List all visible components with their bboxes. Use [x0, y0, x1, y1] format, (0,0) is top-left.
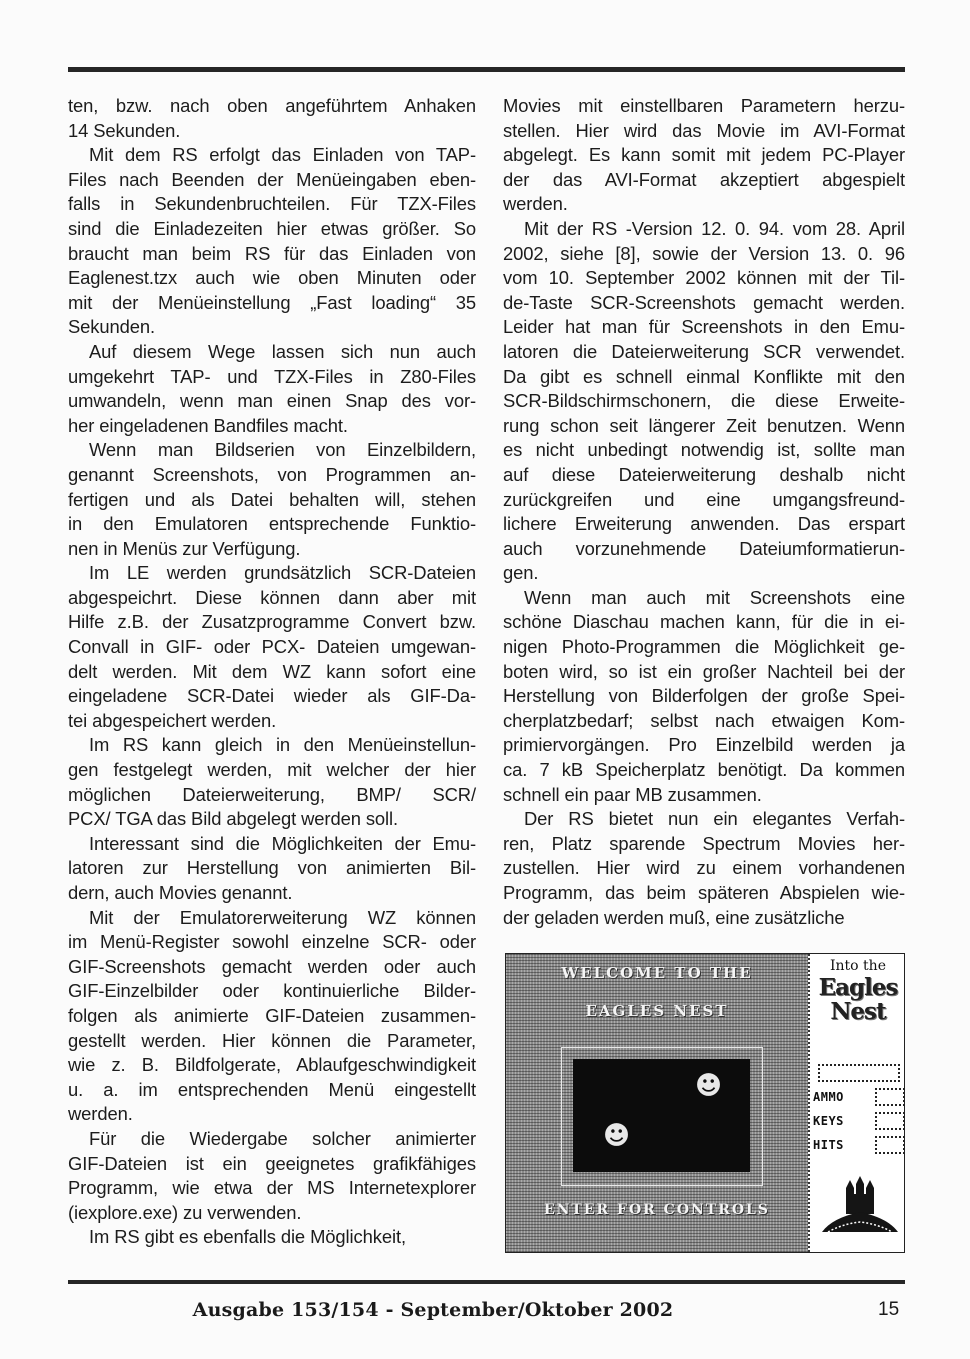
text-line: werden.: [68, 1102, 476, 1127]
top-rule: [68, 67, 905, 72]
paragraph: Wenn man auch mit Screenshots eineschöne…: [503, 586, 905, 807]
paragraph: Mit der RS -Version 12. 0. 94. vom 28. A…: [503, 217, 905, 586]
text-line: schöne Diaschau machen kann, für die in …: [503, 610, 905, 635]
text-line: der das AVI-Format akzeptiert abgespielt: [503, 168, 905, 193]
game-side-panel: Into the Eagles Nest AMMO KEYS HITS: [808, 954, 905, 1252]
side-logo-line2: Nest: [810, 1000, 905, 1024]
text-line: 14 Sekunden.: [68, 119, 476, 144]
side-message-box: [818, 1064, 900, 1082]
text-line: Movies mit einstellbaren Parametern herz…: [503, 94, 905, 119]
side-logo: Eagles Nest: [810, 976, 905, 1024]
paragraph: Auf diesem Wege lassen sich nun auchumge…: [68, 340, 476, 438]
soldier-sprite-icon: ☻: [603, 1123, 630, 1149]
text-line: abgespeichrt. Diese können dann aber mit: [68, 586, 476, 611]
right-column: Movies mit einstellbaren Parametern herz…: [503, 94, 905, 930]
text-line: Hilfe z.B. der Zusatzprogramme Convert b…: [68, 610, 476, 635]
text-line: werden.: [503, 192, 905, 217]
stat-ammo: AMMO: [813, 1088, 905, 1108]
text-line: her eingeladenen Bandfiles macht.: [68, 414, 476, 439]
text-line: der geladen werden muß, eine zusätzliche: [503, 906, 905, 931]
text-line: Programm, wie etwa der MS Internetexplor…: [68, 1176, 476, 1201]
text-line: cherplatzbedarf; selbst nach etwaigen Ko…: [503, 709, 905, 734]
game-title-line2: EAGLES NEST: [506, 1002, 808, 1020]
text-line: gestellt werden. Hier können die Paramet…: [68, 1029, 476, 1054]
paragraph: Der RS bietet nun ein elegantes Verfah-r…: [503, 807, 905, 930]
text-line: Programm, das beim späteren Abspielen wi…: [503, 881, 905, 906]
stat-box: [875, 1112, 905, 1130]
text-line: schnell ein paar MB zusammen.: [503, 783, 905, 808]
text-line: auf diese Dateierweiterung deshalb nicht: [503, 463, 905, 488]
text-line: Der RS bietet nun ein elegantes Verfah-: [503, 807, 905, 832]
stat-label: HITS: [813, 1138, 844, 1152]
text-line: gen festgelegt werden, mit welcher der h…: [68, 758, 476, 783]
text-line: wie z. B. Bildfolgerate, Ablaufgeschwind…: [68, 1053, 476, 1078]
paragraph: Mit dem RS erfolgt das Einladen von TAP-…: [68, 143, 476, 340]
text-line: Herstellung von Bilderfolgen der große S…: [503, 684, 905, 709]
text-line: Im RS gibt es ebenfalls die Möglichkeit,: [68, 1225, 476, 1250]
paragraph: Interessant sind die Möglichkeiten der E…: [68, 832, 476, 906]
text-line: Im RS kann gleich in den Menüeinstellun-: [68, 733, 476, 758]
text-line: Eaglenest.tzx auch wie oben Minuten oder: [68, 266, 476, 291]
bottom-rule: [68, 1280, 905, 1284]
text-line: möglichen Dateierweiterung, BMP/ SCR/: [68, 783, 476, 808]
side-into-the: Into the: [810, 958, 905, 974]
text-line: Files nach Beenden der Menüeingaben eben…: [68, 168, 476, 193]
game-title-line1: WELCOME TO THE: [506, 964, 808, 982]
text-line: Im LE werden grundsätzlich SCR-Dateien: [68, 561, 476, 586]
stat-keys: KEYS: [813, 1112, 905, 1132]
paragraph: Im RS kann gleich in den Menüeinstellun-…: [68, 733, 476, 831]
text-line: rung schon seit längerer Zeit benutzen. …: [503, 414, 905, 439]
side-logo-line1: Eagles: [810, 976, 905, 1000]
paragraph: Im LE werden grundsätzlich SCR-Dateienab…: [68, 561, 476, 733]
paragraph: Im RS gibt es ebenfalls die Möglichkeit,: [68, 1225, 476, 1250]
text-line: GIF-Dateien ist ein geeignetes grafikfäh…: [68, 1152, 476, 1177]
text-line: Mit der RS -Version 12. 0. 94. vom 28. A…: [503, 217, 905, 242]
text-line: ren, Platz sparende Spectrum Movies her-: [503, 832, 905, 857]
text-line: Sekunden.: [68, 315, 476, 340]
text-line: gen.: [503, 561, 905, 586]
text-line: PCX/ TGA das Bild abgelegt werden soll.: [68, 807, 476, 832]
soldier-sprite-icon: ☻: [695, 1073, 722, 1099]
text-line: u. a. im entsprechenden Menü eingestellt: [68, 1078, 476, 1103]
text-line: stellen. Hier wird das Movie im AVI-Form…: [503, 119, 905, 144]
text-line: Mit dem RS erfolgt das Einladen von TAP-: [68, 143, 476, 168]
text-line: im Menü-Register sowohl einzelne SCR- od…: [68, 930, 476, 955]
text-line: eingeladene SCR-Datei wieder als GIF-Da-: [68, 684, 476, 709]
text-line: mit der Menüeinstellung „Fast loading“ 3…: [68, 291, 476, 316]
stat-hits: HITS: [813, 1136, 905, 1156]
text-line: es nicht unbedingt notwendig ist, sollte…: [503, 438, 905, 463]
game-play-area: WELCOME TO THE EAGLES NEST ☻ ☻ ENTER FOR…: [506, 954, 808, 1252]
text-line: (iexplore.exe) zu verwenden.: [68, 1201, 476, 1226]
text-line: zustellen. Hier wird zu einem vorhandene…: [503, 856, 905, 881]
text-line: boten wird, so ist ein großer Nachteil b…: [503, 660, 905, 685]
text-line: ten, bzw. nach oben angeführtem Anhaken: [68, 94, 476, 119]
text-line: Wenn man Bildserien von Einzelbildern,: [68, 438, 476, 463]
paragraph: Für die Wiedergabe solcher animierterGIF…: [68, 1127, 476, 1225]
text-line: nigen Photo-Programmen die Möglichkeit g…: [503, 635, 905, 660]
text-line: lichere Erweiterung anwenden. Das erspar…: [503, 512, 905, 537]
text-line: Für die Wiedergabe solcher animierter: [68, 1127, 476, 1152]
stat-box: [875, 1136, 905, 1154]
text-line: umgekehrt TAP- und TZX-Files in Z80-File…: [68, 365, 476, 390]
stat-label: KEYS: [813, 1114, 844, 1128]
text-line: tei abgespeichert werden.: [68, 709, 476, 734]
text-line: ca. 7 kB Speicherplatz benötigt. Da komm…: [503, 758, 905, 783]
left-column: ten, bzw. nach oben angeführtem Anhaken1…: [68, 94, 476, 1250]
text-line: Convall in GIF- oder PCX- Dateien umgewa…: [68, 635, 476, 660]
text-line: primiervorgängen. Pro Einzelbild werden …: [503, 733, 905, 758]
text-line: vom 10. September 2002 können mit der Ti…: [503, 266, 905, 291]
stat-label: AMMO: [813, 1090, 844, 1104]
game-prompt: ENTER FOR CONTROLS: [506, 1202, 808, 1218]
text-line: zurückgreifen und eine umgangsfreund-: [503, 488, 905, 513]
game-screen: ☻ ☻: [573, 1059, 750, 1172]
text-line: SCR-Bildschirmschonern, die diese Erweit…: [503, 389, 905, 414]
text-line: sind die Einladezeiten hier etwas größer…: [68, 217, 476, 242]
text-line: fertigen und als Datei behalten will, st…: [68, 488, 476, 513]
page-number: 15: [878, 1299, 899, 1321]
text-line: dern, auch Movies genannt.: [68, 881, 476, 906]
text-line: Mit der Emulatorerweiterung WZ können: [68, 906, 476, 931]
footer-issue: Ausgabe 153/154 - September/Oktober 2002: [68, 1299, 798, 1321]
text-line: braucht man beim RS für das Einladen von: [68, 242, 476, 267]
text-line: delt werden. Mit dem WZ kann sofort eine: [68, 660, 476, 685]
text-line: Da gibt es schnell einmal Konflikte mit …: [503, 365, 905, 390]
text-line: Interessant sind die Möglichkeiten der E…: [68, 832, 476, 857]
text-line: Wenn man auch mit Screenshots eine: [503, 586, 905, 611]
text-line: auch vorzunehmende Dateiumformatierun-: [503, 537, 905, 562]
text-line: de-Taste SCR-Screenshots gemacht werden.: [503, 291, 905, 316]
text-line: 2002, siehe [8], sowie der Version 13. 0…: [503, 242, 905, 267]
text-line: Leider hat man für Screenshots in den Em…: [503, 315, 905, 340]
text-line: GIF-Einzelbilder oder kontinuierliche Bi…: [68, 979, 476, 1004]
stat-box: [875, 1088, 905, 1106]
paragraph: Wenn man Bildserien von Einzelbildern,ge…: [68, 438, 476, 561]
text-line: genannt Screenshots, von Programmen an-: [68, 463, 476, 488]
text-line: falls in Sekundenbruchteilen. Für TZX-Fi…: [68, 192, 476, 217]
castle-icon: [822, 1174, 898, 1234]
paragraph: Mit der Emulatorerweiterung WZ könnenim …: [68, 906, 476, 1127]
text-line: abgelegt. Es kann somit mit jedem PC-Pla…: [503, 143, 905, 168]
text-line: GIF-Screenshots gemacht werden oder auch: [68, 955, 476, 980]
eagles-nest-game-screenshot: WELCOME TO THE EAGLES NEST ☻ ☻ ENTER FOR…: [505, 953, 905, 1253]
text-line: latoren die Dateierweiterung SCR verwend…: [503, 340, 905, 365]
text-line: Auf diesem Wege lassen sich nun auch: [68, 340, 476, 365]
text-line: folgen als animierte GIF-Dateien zusamme…: [68, 1004, 476, 1029]
text-line: umwandeln, wenn man einen Snap des vor-: [68, 389, 476, 414]
paragraph: Movies mit einstellbaren Parametern herz…: [503, 94, 905, 217]
paragraph: ten, bzw. nach oben angeführtem Anhaken1…: [68, 94, 476, 143]
text-line: latoren zur Herstellung von animierten B…: [68, 856, 476, 881]
text-line: nen in Menüs zur Verfügung.: [68, 537, 476, 562]
text-line: in den Emulatoren entsprechende Funktio-: [68, 512, 476, 537]
